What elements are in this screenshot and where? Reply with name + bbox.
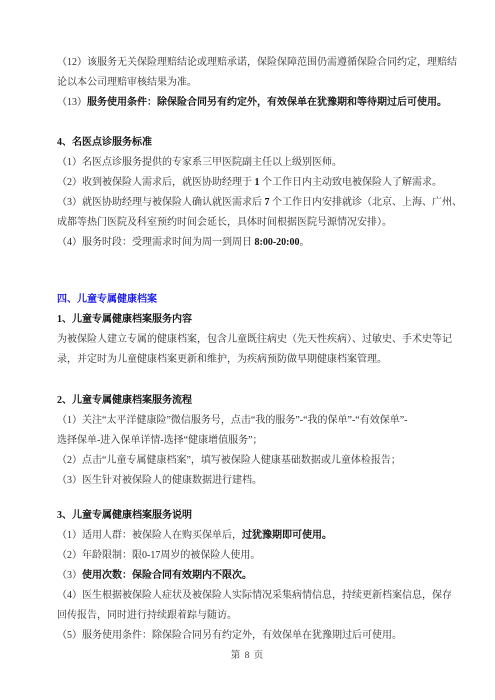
- item-4-4: （4）服务时段：受理需求时间为周一到周日 8:00-20:00。: [57, 233, 465, 253]
- sub-heading-3: 3、儿童专属健康档案服务说明: [57, 506, 465, 526]
- text-segment: 4、名医点诊服务标准: [57, 137, 152, 148]
- text-segment: （13）: [57, 97, 87, 108]
- item-note-3: （3）使用次数：保险合同有效期内不限次。: [57, 566, 465, 586]
- document-body: （12）该服务无关保险理赔结论或理赔承诺，保险保障范围仍需遵循保险合同约定，理赔…: [0, 0, 495, 666]
- para-content-line-2: 录，并定时为儿童健康档案更新和维护，为疾病预防做早期健康档案管理。: [57, 350, 465, 370]
- item-note-5: （5）服务使用条件：除保险合同另有约定外，有效保单在犹豫期过后可使用。: [57, 626, 465, 646]
- sub-heading-1: 1、儿童专属健康档案服务内容: [57, 310, 465, 330]
- item-4-3-line-2: 成都等热门医院及科室预约时间会延长，具体时间根据医院号源情况安排）。: [57, 213, 465, 233]
- text-segment: （12）该服务无关保险理赔结论或理赔承诺，保险保障范围仍需遵循保险合同约定，理赔…: [57, 57, 457, 68]
- item-flow-3: （3）医生针对被保险人的健康数据进行建档。: [57, 471, 465, 491]
- para-content-line-1: 为被保险人建立专属的健康档案，包含儿童既往病史（先天性疾病）、过敏史、手术史等记: [57, 330, 465, 350]
- item-note-1: （1）适用人群：被保险人在购买保单后，过犹豫期即可使用。: [57, 526, 465, 546]
- item-note-4-line-2: 回传报告，同时进行持续跟着踪与随访。: [57, 606, 465, 626]
- text-segment: 1、儿童专属健康档案服务内容: [57, 314, 192, 325]
- clause-12-line-1: （12）该服务无关保险理赔结论或理赔承诺，保险保障范围仍需遵循保险合同约定，理赔…: [57, 53, 465, 73]
- page-number-text: 第 8 页: [231, 651, 265, 661]
- clause-12-line-2: 论以本公司理赔审核结果为准。: [57, 73, 465, 93]
- item-flow-2: （2）点击“儿童专属健康档案”，填写被保险人健康基础数据或儿童体检报告；: [57, 451, 465, 471]
- text-segment: 个工作日内安排就诊（北京、上海、广州、: [270, 197, 463, 208]
- text-segment: （3）医生针对被保险人的健康数据进行建档。: [57, 475, 262, 486]
- text-segment: （4）服务时段：受理需求时间为周一到周日: [57, 237, 255, 248]
- text-segment: （4）医生根据被保险人症状及被保险人实际情况采集病情信息，持续更新档案信息，保存: [57, 590, 452, 601]
- text-segment: （3）: [57, 570, 82, 581]
- item-flow-1-line-1: （1）关注“太平洋健康险”微信服务号，点击“我的服务”-“我的保单”-“有效保单…: [57, 411, 465, 431]
- text-segment: 四、儿童专属健康档案: [57, 294, 157, 305]
- page-footer: 第 8 页: [57, 646, 438, 666]
- text-segment: 3、儿童专属健康档案服务说明: [57, 510, 192, 521]
- text-segment: 8:00-20:00: [255, 237, 300, 248]
- item-flow-1-line-2: 选择保单-进入保单详情-选择“健康增值服务”；: [57, 431, 465, 451]
- text-segment: （1）关注“太平洋健康险”微信服务号，点击“我的服务”-“我的保单”-“有效保单…: [57, 415, 408, 426]
- text-segment: 成都等热门医院及科室预约时间会延长，具体时间根据医院号源情况安排）。: [57, 217, 392, 228]
- text-segment: （2）点击“儿童专属健康档案”，填写被保险人健康基础数据或儿童体检报告；: [57, 455, 401, 466]
- text-segment: 2、儿童专属健康档案服务流程: [57, 395, 192, 406]
- text-segment: 过犹豫期即可使用。: [242, 530, 332, 541]
- text-segment: （5）服务使用条件：除保险合同另有约定外，有效保单在犹豫期过后可使用。: [57, 630, 402, 641]
- text-segment: 。: [300, 237, 310, 248]
- text-segment: 录，并定时为儿童健康档案更新和维护，为疾病预防做早期健康档案管理。: [57, 354, 387, 365]
- clause-13: （13）服务使用条件：除保险合同另有约定外，有效保单在犹豫期和等待期过后可使用。: [57, 93, 465, 113]
- text-segment: （2）收到被保险人需求后，就医协助经理于: [57, 177, 255, 188]
- text-segment: （2）年龄限制：限0-17周岁的被保险人使用。: [57, 550, 260, 561]
- item-4-3-line-1: （3）就医协助经理与被保险人确认就医需求后 7 个工作日内安排就诊（北京、上海、…: [57, 193, 465, 213]
- text-segment: 为被保险人建立专属的健康档案，包含儿童既往病史（先天性疾病）、过敏史、手术史等记: [57, 334, 452, 345]
- sub-heading-4: 4、名医点诊服务标准: [57, 133, 465, 153]
- text-segment: （1）名医点诊服务提供的专家系三甲医院副主任以上级别医师。: [57, 157, 342, 168]
- text-segment: （3）就医协助经理与被保险人确认就医需求后: [57, 197, 265, 208]
- text-segment: （1）适用人群：被保险人在购买保单后，: [57, 530, 242, 541]
- item-note-4-line-1: （4）医生根据被保险人症状及被保险人实际情况采集病情信息，持续更新档案信息，保存: [57, 586, 465, 606]
- text-segment: 个工作日内主动致电被保险人了解需求。: [260, 177, 443, 188]
- text-segment: 使用次数：保险合同有效期内不限次。: [82, 570, 252, 581]
- document-page: （12）该服务无关保险理赔结论或理赔承诺，保险保障范围仍需遵循保险合同约定，理赔…: [0, 0, 495, 700]
- text-segment: 选择保单-进入保单详情-选择“健康增值服务”；: [57, 435, 263, 446]
- item-note-2: （2）年龄限制：限0-17周岁的被保险人使用。: [57, 546, 465, 566]
- item-4-2: （2）收到被保险人需求后，就医协助经理于 1 个工作日内主动致电被保险人了解需求…: [57, 173, 465, 193]
- sub-heading-2: 2、儿童专属健康档案服务流程: [57, 391, 465, 411]
- text-segment: 服务使用条件：除保险合同另有约定外，有效保单在犹豫期和等待期过后可使用。: [87, 97, 447, 108]
- text-segment: 论以本公司理赔审核结果为准。: [57, 77, 197, 88]
- text-segment: 回传报告，同时进行持续跟着踪与随访。: [57, 610, 237, 621]
- item-4-1: （1）名医点诊服务提供的专家系三甲医院副主任以上级别医师。: [57, 153, 465, 173]
- section-heading-4: 四、儿童专属健康档案: [57, 290, 465, 310]
